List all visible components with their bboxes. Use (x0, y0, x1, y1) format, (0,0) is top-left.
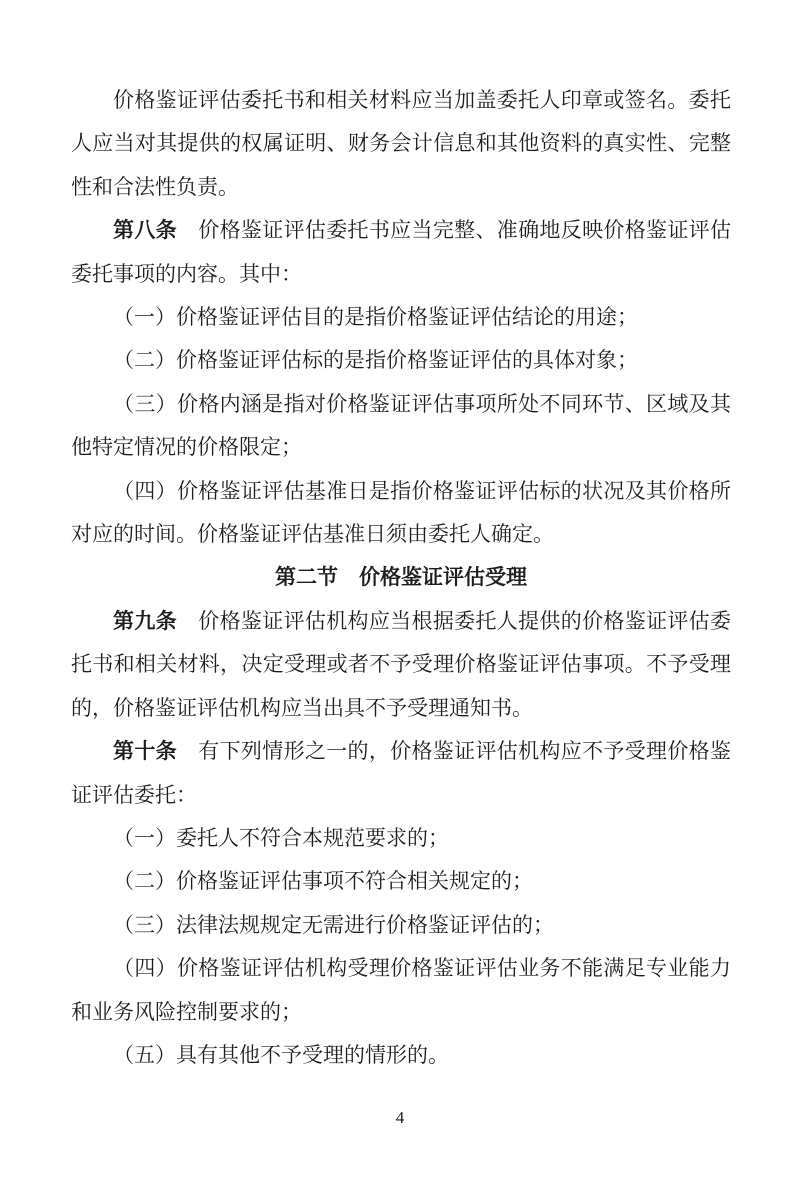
paragraph-12: （三）法律法规规定无需进行价格鉴证评估的； (71, 904, 731, 947)
paragraph-13: （四）价格鉴证评估机构受理价格鉴证评估业务不能满足专业能力和业务风险控制要求的； (71, 947, 731, 1034)
paragraph-5: （三）价格内涵是指对价格鉴证评估事项所处不同环节、区域及其他特定情况的价格限定； (71, 383, 731, 470)
paragraph-10: （一）委托人不符合本规范要求的； (71, 817, 731, 860)
document-content: 价格鉴证评估委托书和相关材料应当加盖委托人印章或签名。委托人应当对其提供的权属证… (71, 79, 731, 1077)
paragraph-3: （一）价格鉴证评估目的是指价格鉴证评估结论的用途； (71, 296, 731, 339)
article-number: 第十条 (113, 739, 177, 763)
paragraph-1: 价格鉴证评估委托书和相关材料应当加盖委托人印章或签名。委托人应当对其提供的权属证… (71, 79, 731, 209)
paragraph-14: （五）具有其他不予受理的情形的。 (71, 1034, 731, 1077)
document-page: 价格鉴证评估委托书和相关材料应当加盖委托人印章或签名。委托人应当对其提供的权属证… (0, 0, 800, 1196)
paragraph-4: （二）价格鉴证评估标的是指价格鉴证评估的具体对象； (71, 339, 731, 382)
paragraph-2: 第八条 价格鉴证评估委托书应当完整、准确地反映价格鉴证评估委托事项的内容。其中： (71, 209, 731, 296)
section-heading: 第二节 价格鉴证评估受理 (71, 556, 731, 599)
paragraph-9: 第十条 有下列情形之一的，价格鉴证评估机构应不予受理价格鉴证评估委托： (71, 730, 731, 817)
section-number: 第二节 (275, 565, 338, 589)
page-number: 4 (396, 1108, 405, 1127)
article-number: 第九条 (113, 609, 177, 633)
page-footer: 4 (0, 1106, 800, 1130)
paragraph-8: 第九条 价格鉴证评估机构应当根据委托人提供的价格鉴证评估委托书和相关材料，决定受… (71, 600, 731, 730)
article-number: 第八条 (113, 218, 177, 242)
paragraph-6: （四）价格鉴证评估基准日是指价格鉴证评估标的状况及其价格所对应的时间。价格鉴证评… (71, 470, 731, 557)
paragraph-11: （二）价格鉴证评估事项不符合相关规定的； (71, 860, 731, 903)
